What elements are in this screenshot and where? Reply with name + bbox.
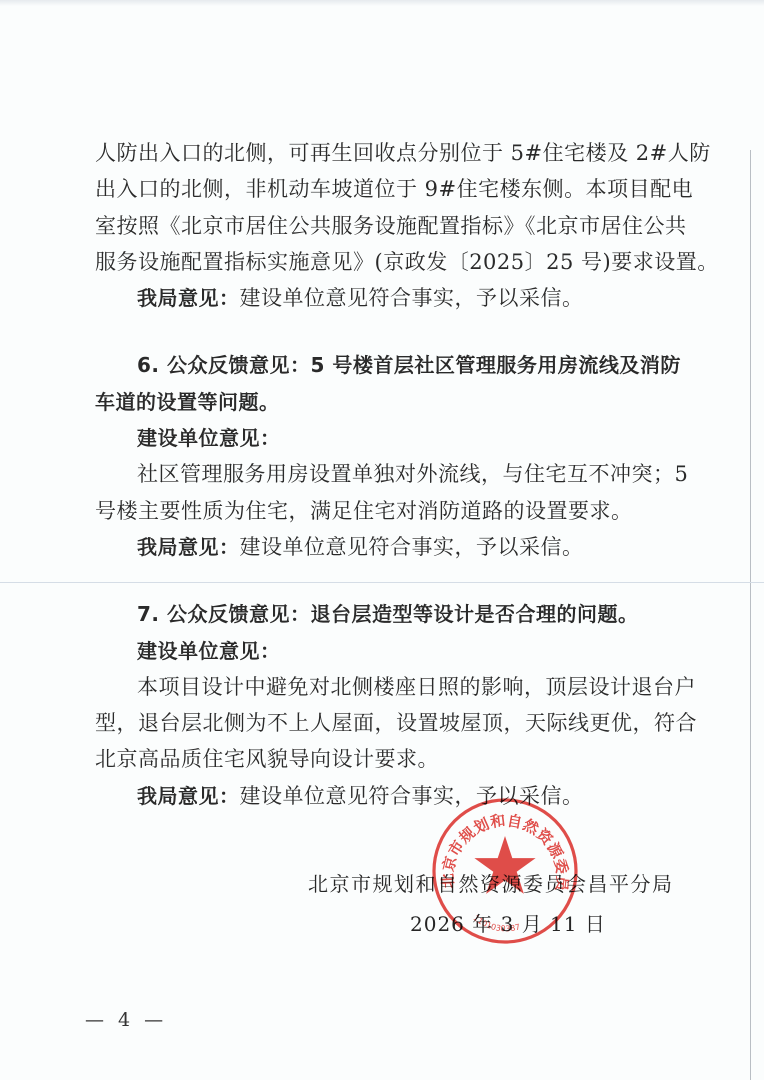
developer-opinion-label: 建设单位意见： — [95, 420, 653, 456]
section-7-title: 7. 公众反馈意见：退台层造型等设计是否合理的问题。 — [95, 596, 653, 632]
section-6-title: 6. 公众反馈意见：5 号楼首层社区管理服务用房流线及消防 — [95, 347, 653, 383]
issue-date: 2026 年 3 月 11 日 — [410, 908, 606, 937]
bureau-opinion-label: 我局意见： — [137, 535, 240, 559]
page-number: — 4 — — [85, 1009, 167, 1031]
paragraph-line: 社区管理服务用房设置单独对外流线，与住宅互不冲突；5 — [95, 456, 653, 492]
paragraph-line: 北京高品质住宅风貌导向设计要求。 — [95, 741, 653, 777]
section-6: 6. 公众反馈意见：5 号楼首层社区管理服务用房流线及消防 车道的设置等问题。 … — [95, 347, 653, 565]
bureau-opinion-text: 建设单位意见符合事实，予以采信。 — [240, 784, 584, 808]
bureau-opinion: 我局意见：建设单位意见符合事实，予以采信。 — [95, 778, 653, 814]
bureau-opinion-text: 建设单位意见符合事实，予以采信。 — [240, 535, 584, 559]
bureau-opinion-label: 我局意见： — [137, 784, 240, 808]
developer-opinion-label: 建设单位意见： — [95, 633, 653, 669]
paragraph-line: 型，退台层北侧为不上人屋面，设置坡屋顶，天际线更优，符合 — [95, 705, 653, 741]
section-7: 7. 公众反馈意见：退台层造型等设计是否合理的问题。 建设单位意见： 本项目设计… — [95, 596, 653, 814]
section-5-continuation: 人防出入口的北侧，可再生回收点分别位于 5#住宅楼及 2#人防 出入口的北侧，非… — [95, 135, 653, 316]
bureau-opinion: 我局意见：建设单位意见符合事实，予以采信。 — [95, 280, 653, 316]
paragraph-line: 人防出入口的北侧，可再生回收点分别位于 5#住宅楼及 2#人防 — [95, 135, 653, 171]
paragraph-line: 服务设施配置指标实施意见》(京政发〔2025〕25 号)要求设置。 — [95, 244, 653, 280]
section-6-title-cont: 车道的设置等问题。 — [95, 384, 653, 420]
paragraph-line: 号楼主要性质为住宅，满足住宅对消防道路的设置要求。 — [95, 493, 653, 529]
section-gap — [95, 316, 653, 347]
bureau-opinion-label: 我局意见： — [137, 286, 240, 310]
paragraph-line: 本项目设计中避免对北侧楼座日照的影响，顶层设计退台户 — [95, 669, 653, 705]
bureau-opinion-text: 建设单位意见符合事实，予以采信。 — [240, 286, 584, 310]
paragraph-line: 室按照《北京市居住公共服务设施配置指标》《北京市居住公共 — [95, 208, 653, 244]
bureau-opinion: 我局意见：建设单位意见符合事实，予以采信。 — [95, 529, 653, 565]
paragraph-line: 出入口的北侧，非机动车坡道位于 9#住宅楼东侧。本项目配电 — [95, 171, 653, 207]
page-edge-line — [750, 150, 751, 1080]
document-body: 人防出入口的北侧，可再生回收点分别位于 5#住宅楼及 2#人防 出入口的北侧，非… — [95, 135, 653, 814]
page-top-edge — [0, 0, 764, 6]
section-gap — [95, 565, 653, 596]
issuing-authority: 北京市规划和自然资源委员会昌平分局 — [308, 868, 674, 897]
